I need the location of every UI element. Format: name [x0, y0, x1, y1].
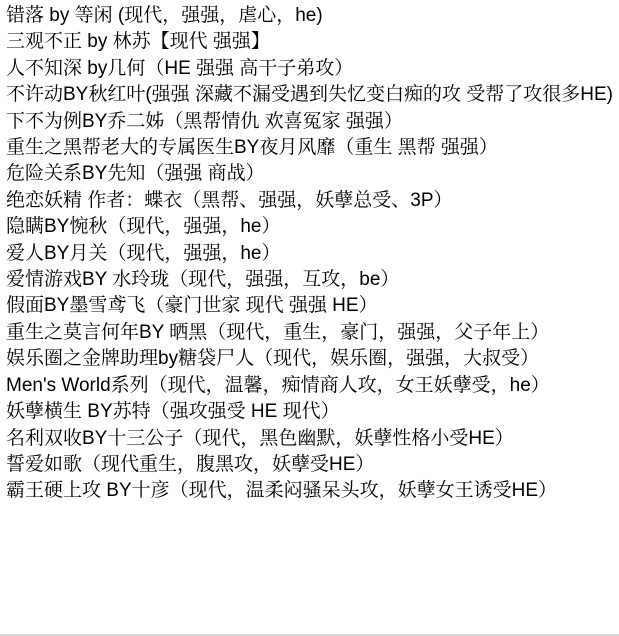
- list-item: 隐瞒BY惋秋（现代，强强，he）: [6, 214, 619, 240]
- list-item: 绝恋妖精 作者：蝶衣（黑帮、强强，妖孽总受、3P）: [6, 188, 619, 214]
- list-item: 爱人BY月关（现代，强强，he）: [6, 241, 619, 267]
- list-item: 假面BY墨雪鸢飞（豪门世家 现代 强强 HE）: [6, 293, 619, 319]
- book-list: 错落 by 等闲 (现代，强强，虐心，he) 三观不正 by 林苏【现代 强强】…: [0, 0, 619, 505]
- list-item: 誓爱如歌（现代重生，腹黑攻，妖孽受HE）: [6, 452, 619, 478]
- list-item: 重生之莫言何年BY 晒黑（现代，重生，豪门，强强，父子年上）: [6, 320, 619, 346]
- list-item: 三观不正 by 林苏【现代 强强】: [6, 29, 619, 55]
- list-item: 错落 by 等闲 (现代，强强，虐心，he): [6, 3, 619, 29]
- list-item: 人不知深 by几何（HE 强强 高干子弟攻）: [6, 56, 619, 82]
- list-item: 爱情游戏BY 水玲珑（现代，强强，互攻，be）: [6, 267, 619, 293]
- list-item: 下不为例BY乔二姊（黑帮情仇 欢喜冤家 强强）: [6, 109, 619, 135]
- list-item: 不许动BY秋红叶(强强 深藏不漏受遇到失忆变白痴的攻 受帮了攻很多HE): [6, 82, 619, 108]
- list-item: 娱乐圈之金牌助理by糖袋尸人（现代，娱乐圈，强强，大叔受）: [6, 346, 619, 372]
- list-item: 妖孽横生 BY苏特（强攻强受 HE 现代）: [6, 399, 619, 425]
- list-item: 名利双收BY十三公子（现代，黑色幽默，妖孽性格小受HE）: [6, 426, 619, 452]
- list-item: Men's World系列（现代，温馨，痴情商人攻，女王妖孽受，he）: [6, 373, 619, 399]
- list-item: 重生之黑帮老大的专属医生BY夜月风靡（重生 黑帮 强强）: [6, 135, 619, 161]
- list-item: 霸王硬上攻 BY十彦（现代，温柔闷骚呆头攻，妖孽女王诱受HE）: [6, 478, 619, 504]
- list-item: 危险关系BY先知（强强 商战）: [6, 161, 619, 187]
